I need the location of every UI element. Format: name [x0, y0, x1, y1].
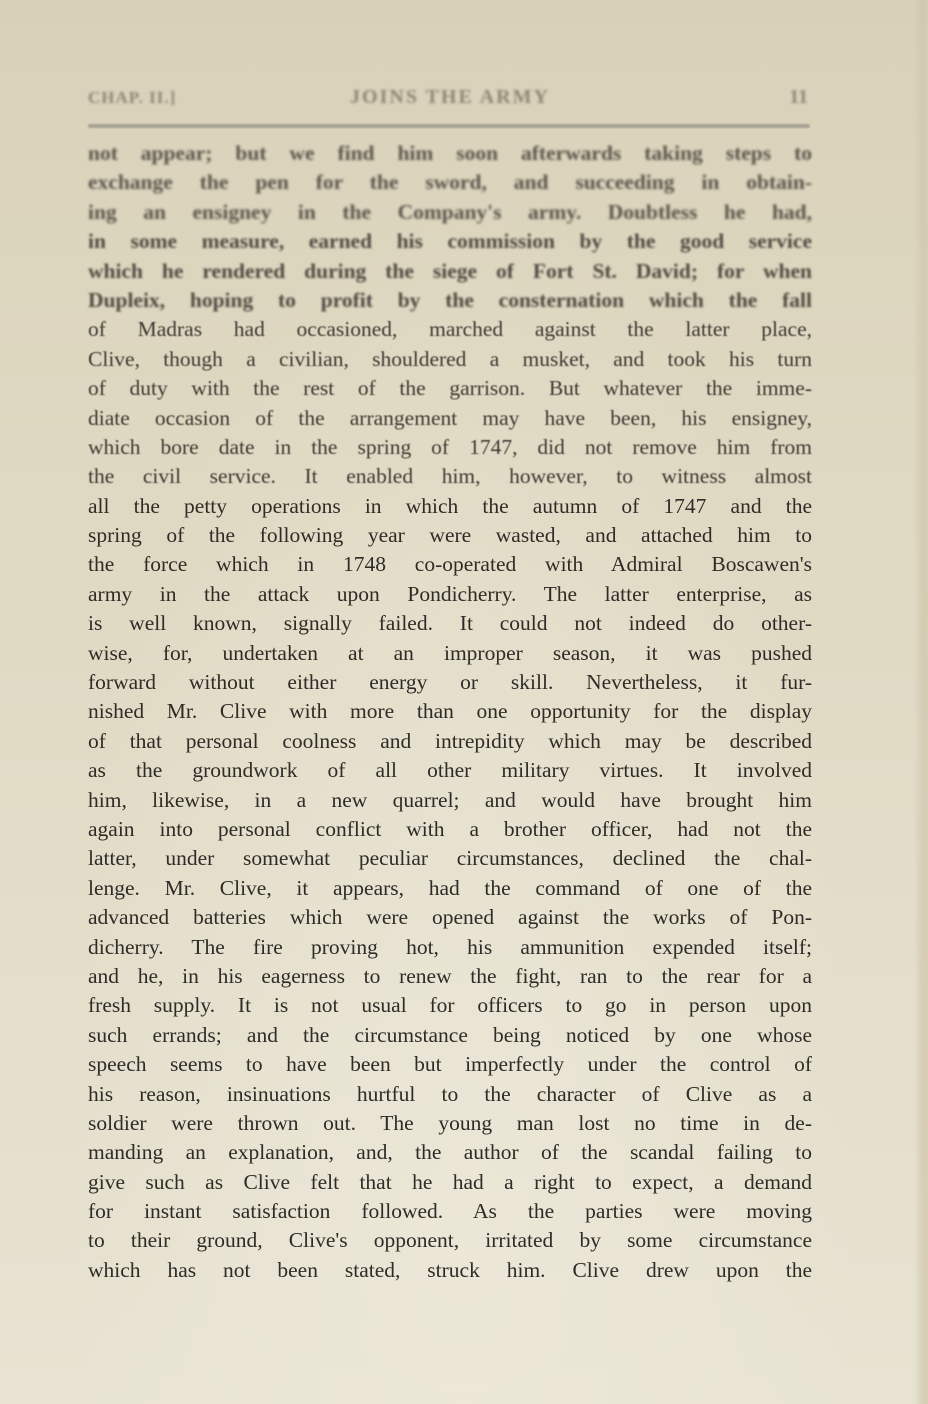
text-line: his reason, insinuations hurtful to the … [88, 1080, 812, 1109]
text-line: to their ground, Clive's opponent, irrit… [88, 1226, 812, 1255]
text-line: diate occasion of the arrangement may ha… [88, 404, 812, 433]
text-line: of duty with the rest of the garrison. B… [88, 374, 812, 403]
text-line: him, likewise, in a new quarrel; and wou… [88, 786, 812, 815]
text-line: in some measure, earned his commission b… [88, 227, 812, 256]
text-line: of Madras had occasioned, marched agains… [88, 315, 812, 344]
text-line: lenge. Mr. Clive, it appears, had the co… [88, 874, 812, 903]
page-edge [914, 0, 928, 1404]
running-head: CHAP. II.] JOINS THE ARMY 11 [88, 86, 812, 114]
text-line: which has not been stated, struck him. C… [88, 1256, 812, 1285]
text-line: latter, under somewhat peculiar circumst… [88, 844, 812, 873]
body-text: not appear; but we find him soon afterwa… [88, 139, 812, 1285]
text-line: wise, for, undertaken at an improper sea… [88, 639, 812, 668]
text-line: Dupleix, hoping to profit by the conster… [88, 286, 812, 315]
text-line: is well known, signally failed. It could… [88, 609, 812, 638]
text-line: advanced batteries which were opened aga… [88, 903, 812, 932]
text-line: which he rendered during the siege of Fo… [88, 257, 812, 286]
text-line: speech seems to have been but imperfectl… [88, 1050, 812, 1079]
text-line: manding an explanation, and, the author … [88, 1138, 812, 1167]
text-line: again into personal conflict with a brot… [88, 815, 812, 844]
text-line: spring of the following year were wasted… [88, 521, 812, 550]
running-head-title: JOINS THE ARMY [88, 86, 812, 109]
text-line: which bore date in the spring of 1747, d… [88, 433, 812, 462]
book-page: CHAP. II.] JOINS THE ARMY 11 not appear;… [0, 0, 928, 1404]
text-line: ing an ensigney in the Company's army. D… [88, 198, 812, 227]
text-line: of that personal coolness and intrepidit… [88, 727, 812, 756]
text-line: and he, in his eagerness to renew the fi… [88, 962, 812, 991]
text-line: all the petty operations in which the au… [88, 492, 812, 521]
text-line: exchange the pen for the sword, and succ… [88, 168, 812, 197]
text-line: the force which in 1748 co-operated with… [88, 550, 812, 579]
text-line: the civil service. It enabled him, howev… [88, 462, 812, 491]
text-line: not appear; but we find him soon afterwa… [88, 139, 812, 168]
text-line: forward without either energy or skill. … [88, 668, 812, 697]
page-number: 11 [789, 86, 808, 109]
text-line: as the groundwork of all other military … [88, 756, 812, 785]
header-rule [88, 124, 810, 128]
text-line: nished Mr. Clive with more than one oppo… [88, 697, 812, 726]
text-line: Clive, though a civilian, shouldered a m… [88, 345, 812, 374]
text-line: dicherry. The fire proving hot, his ammu… [88, 933, 812, 962]
text-line: for instant satisfaction followed. As th… [88, 1197, 812, 1226]
text-line: army in the attack upon Pondicherry. The… [88, 580, 812, 609]
text-line: fresh supply. It is not usual for office… [88, 991, 812, 1020]
text-line: give such as Clive felt that he had a ri… [88, 1168, 812, 1197]
text-line: such errands; and the circumstance being… [88, 1021, 812, 1050]
text-line: soldier were thrown out. The young man l… [88, 1109, 812, 1138]
